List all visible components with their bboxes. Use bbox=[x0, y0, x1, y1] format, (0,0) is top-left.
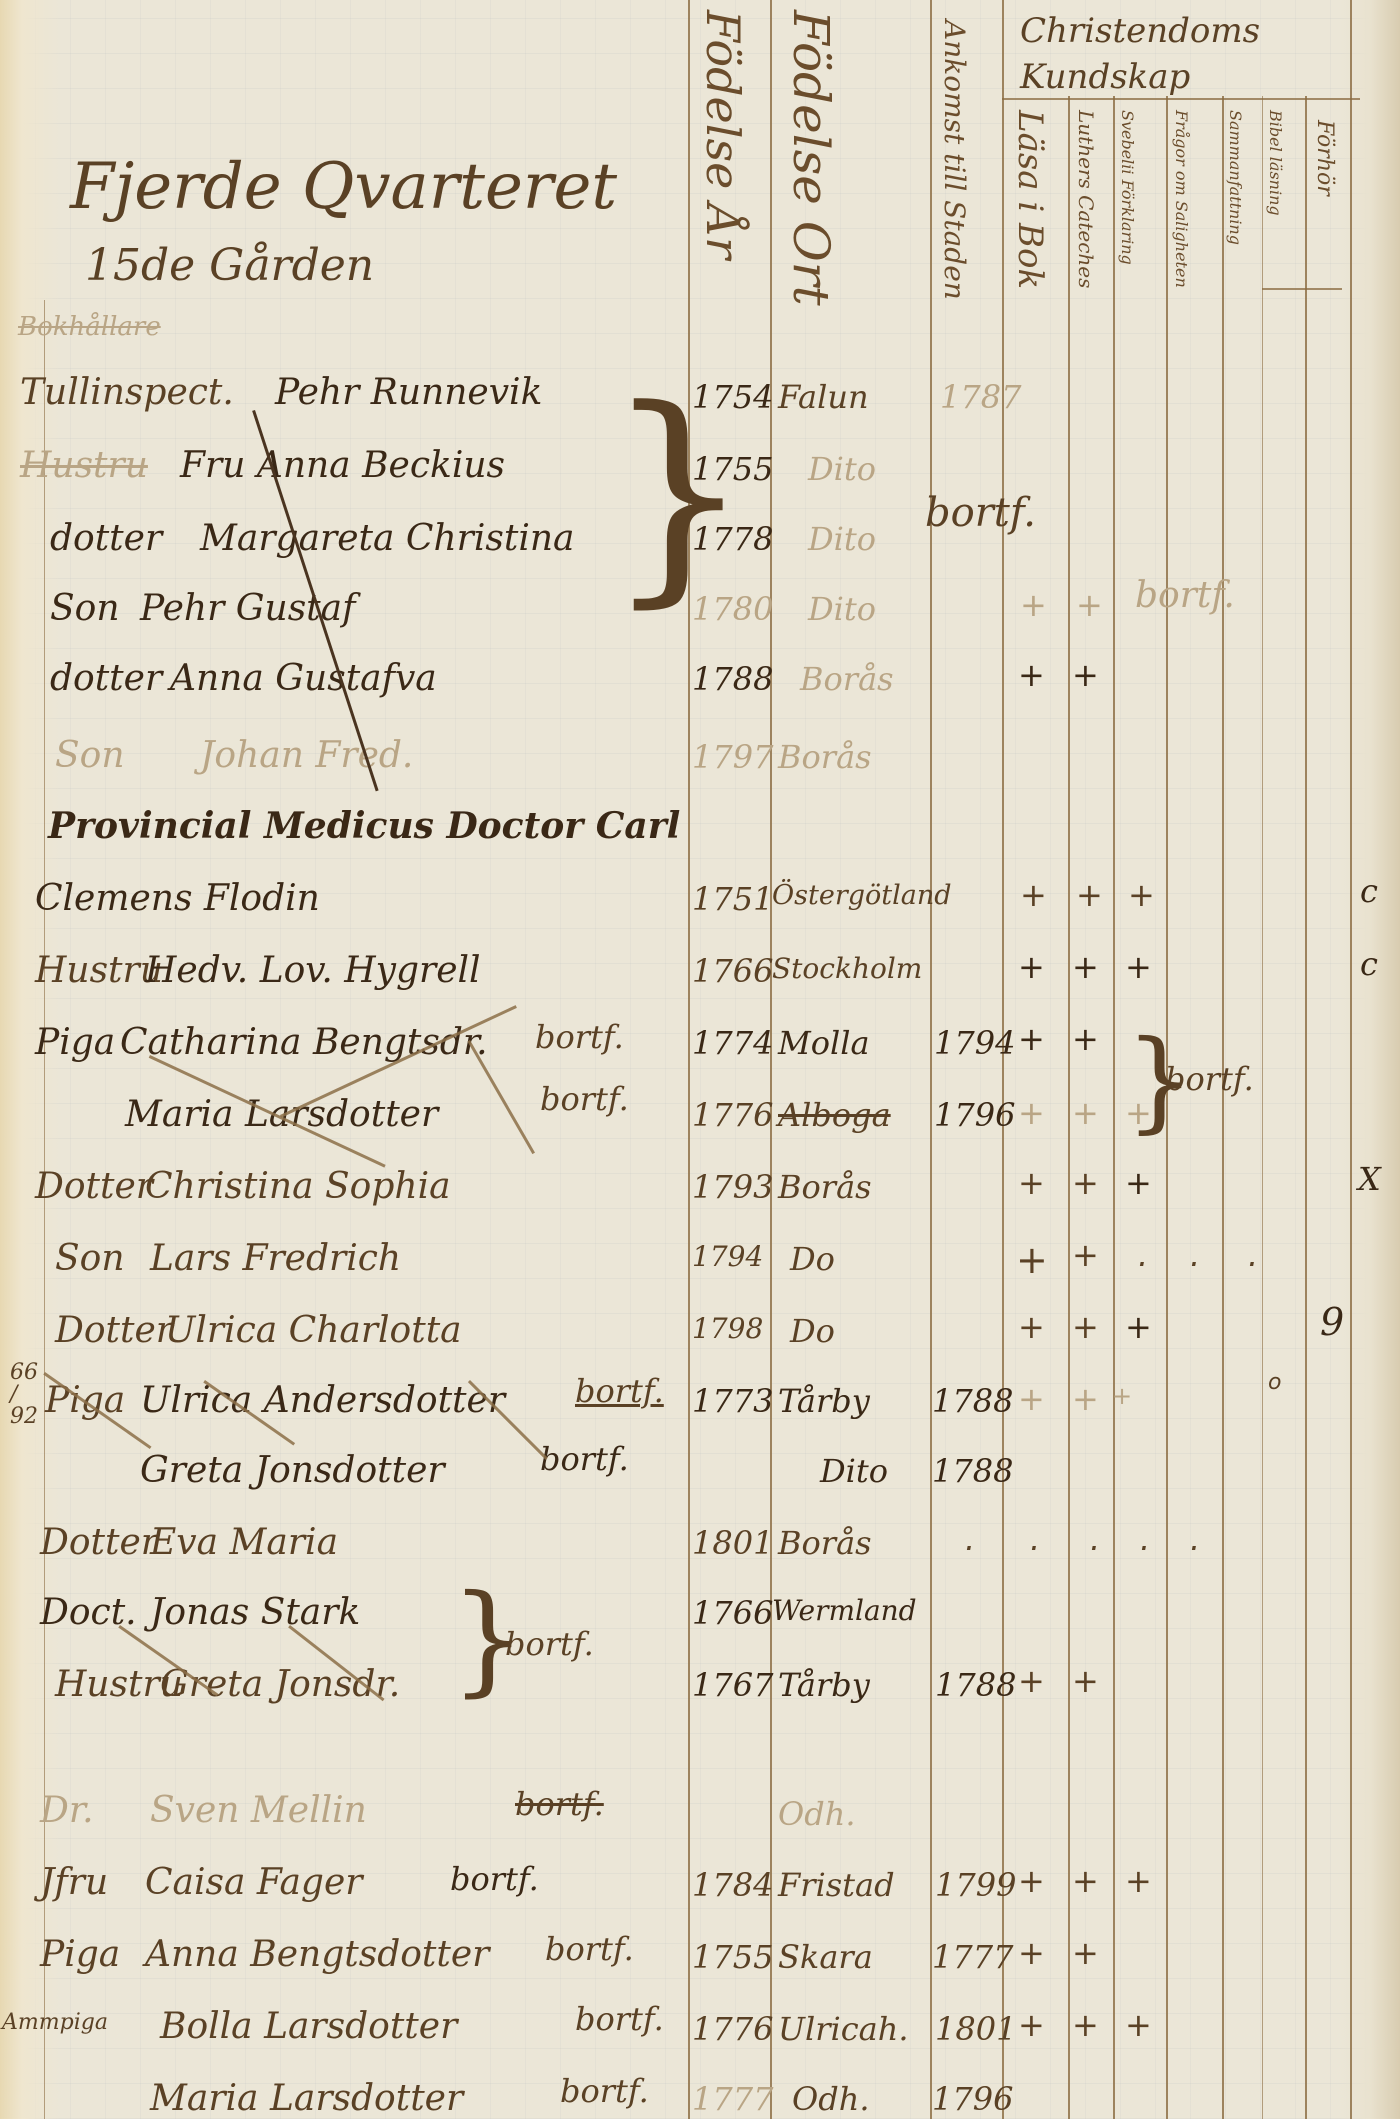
row-role: Dotter bbox=[40, 1522, 158, 1563]
row-birth-year: 1776 bbox=[692, 2010, 773, 2048]
row-birth-place: Odh. bbox=[778, 1795, 856, 1833]
mark-svebelius: . bbox=[1140, 1520, 1150, 1558]
row-note-departed: bortf. bbox=[540, 1080, 629, 1118]
row-role: Piga bbox=[40, 1934, 120, 1975]
row-birth-place: Fristad bbox=[778, 1866, 895, 1904]
row-name: Fru Anna Beckius bbox=[180, 445, 505, 486]
rule-sub-5 bbox=[1262, 96, 1263, 2119]
row-role: Ammpiga bbox=[2, 2010, 108, 2035]
row-birth-year: 1797 bbox=[692, 738, 773, 776]
margin-mark: X bbox=[1358, 1160, 1381, 1198]
row-note-departed: bortf. bbox=[575, 1372, 664, 1410]
row-role: dotter bbox=[50, 518, 162, 559]
mark-examination: 9 bbox=[1320, 1300, 1344, 1344]
row-role: Jfru bbox=[40, 1862, 108, 1903]
rule-sub-1 bbox=[1068, 96, 1070, 2119]
row-birth-place: Östergötland bbox=[772, 880, 952, 911]
mark-read-book: + bbox=[1018, 1934, 1045, 1972]
header-birth-place: Födelse Ort bbox=[782, 10, 840, 306]
mark-catechism: + bbox=[1072, 656, 1099, 694]
row-birth-place: Skara bbox=[778, 1938, 873, 1976]
row-birth-year: 1776 bbox=[692, 1096, 773, 1134]
row-birth-year: 1751 bbox=[692, 880, 773, 918]
mark-catechism: + bbox=[1076, 586, 1103, 624]
mark-catechism: + bbox=[1072, 1662, 1099, 1700]
household-1-brace: } bbox=[605, 380, 751, 610]
row-role: dotter bbox=[50, 658, 162, 699]
household-2-heading: Provincial Medicus Doctor Carl bbox=[48, 805, 680, 847]
mark-read-book: . bbox=[1030, 1520, 1040, 1558]
row-role: Hustru bbox=[20, 445, 148, 486]
row-arrival: 1788 bbox=[932, 1452, 1013, 1490]
rule-sub-4 bbox=[1222, 96, 1224, 2119]
row-birth-place: Tårby bbox=[778, 1382, 870, 1420]
row-birth-place: Borås bbox=[800, 660, 894, 698]
mark-svebelius: + bbox=[1125, 1164, 1152, 1202]
rule-sub-6 bbox=[1305, 96, 1307, 2119]
row-birth-place: Borås bbox=[778, 738, 872, 776]
mark-svebelius: + bbox=[1125, 1308, 1152, 1346]
row-birth-year: 1798 bbox=[692, 1312, 763, 1345]
header-sub-read-book: Läsa i Bok bbox=[1010, 110, 1050, 289]
mark-read-book: + bbox=[1018, 1380, 1045, 1418]
left-margin-note: 66 / 92 bbox=[10, 1362, 40, 1428]
row-note-departed: bortf. bbox=[925, 490, 1036, 536]
row-name: Anna Bengtsdotter bbox=[145, 1934, 489, 1975]
row-role: Dotter bbox=[35, 1166, 153, 1207]
rule-place-arrival bbox=[930, 0, 932, 2119]
row-birth-year: 1767 bbox=[692, 1666, 773, 1704]
mark-catechism: + bbox=[1072, 1308, 1099, 1346]
mark-read-book: + bbox=[1018, 1020, 1045, 1058]
rule-right-border bbox=[1350, 0, 1352, 2119]
section-label-crossed: Bokhållare bbox=[18, 312, 161, 342]
row-name: Greta Jonsdotter bbox=[140, 1450, 445, 1491]
header-sub-summary: Sammanfattning bbox=[1226, 110, 1245, 280]
mark-svebelius: + bbox=[1125, 948, 1152, 986]
mark-catechism: + bbox=[1072, 1094, 1099, 1132]
header-arrival: Ankomst till Staden bbox=[938, 20, 971, 290]
row-name: Caisa Fager bbox=[145, 1862, 362, 1903]
cancel-stroke bbox=[467, 1040, 535, 1154]
mark-catechism: + bbox=[1072, 1380, 1099, 1418]
row-role: Son bbox=[55, 735, 125, 776]
row-name: Eva Maria bbox=[150, 1522, 338, 1563]
header-sub-salvation-questions: Frågor om Saligheten bbox=[1172, 110, 1191, 280]
row-birth-year: 1774 bbox=[692, 1024, 773, 1062]
row-role: Dr. bbox=[40, 1790, 94, 1831]
mark-read-book: + bbox=[1016, 1238, 1048, 1282]
margin-mark: c bbox=[1360, 872, 1378, 910]
row-name: Johan Fred. bbox=[200, 735, 413, 776]
row-arrival: 1788 bbox=[932, 1382, 1013, 1420]
row-name: Sven Mellin bbox=[150, 1790, 367, 1831]
header-sub-examination: Förhör bbox=[1312, 120, 1337, 290]
header-birth-year: Födelse År bbox=[696, 10, 750, 259]
row-birth-place: Dito bbox=[808, 520, 876, 558]
row-birth-place: Ulricah. bbox=[778, 2010, 909, 2048]
row-role: Son bbox=[50, 588, 120, 629]
mark-read-book: + bbox=[1018, 948, 1045, 986]
row-birth-place: Borås bbox=[778, 1524, 872, 1562]
row-arrival: 1794 bbox=[934, 1024, 1015, 1062]
rule-sub-2 bbox=[1113, 96, 1115, 2119]
ledger-page: Fjerde Qvarteret 15de Gården Födelse År … bbox=[0, 0, 1400, 2119]
mark-summary: . bbox=[1248, 1236, 1258, 1274]
row-name: Margareta Christina bbox=[200, 518, 574, 559]
row-note-departed: bortf. bbox=[515, 1785, 604, 1823]
page-title-quarter: Fjerde Qvarteret bbox=[70, 150, 617, 224]
mark-catechism: + bbox=[1072, 948, 1099, 986]
row-arrival: 1777 bbox=[932, 1938, 1013, 1976]
row-birth-place: Odh. bbox=[792, 2080, 870, 2118]
mark-arrival-dot: . bbox=[965, 1520, 975, 1558]
left-margin-rule bbox=[44, 300, 45, 2119]
row-name: Maria Larsdotter bbox=[150, 2078, 463, 2119]
mark-catechism: + bbox=[1076, 876, 1103, 914]
mark-svebelius: + bbox=[1125, 2006, 1152, 2044]
rule-name-year bbox=[688, 0, 690, 2119]
row-birth-year: 1801 bbox=[692, 1524, 773, 1562]
row-name: Ulrica Andersdotter bbox=[140, 1380, 505, 1421]
row-birth-place: Falun bbox=[778, 378, 869, 416]
mark-questions: . bbox=[1190, 1236, 1200, 1274]
mark-svebelius: + bbox=[1125, 1862, 1152, 1900]
row-role: Piga bbox=[35, 1022, 115, 1063]
row-name: Pehr Runnevik bbox=[275, 372, 542, 413]
row-note-departed: bortf. bbox=[545, 1930, 634, 1968]
row-birth-year: 1793 bbox=[692, 1168, 773, 1206]
mark-catechism: + bbox=[1072, 1164, 1099, 1202]
header-christian-knowledge: Christendoms Kundskap bbox=[1020, 8, 1340, 100]
row-name: Anna Gustafva bbox=[170, 658, 437, 699]
header-sub-svebelius: Svebelii Förklaring bbox=[1118, 110, 1137, 280]
row-note-departed: bortf. bbox=[535, 1018, 624, 1056]
row-birth-place: Wermland bbox=[772, 1594, 917, 1627]
row-birth-place: Do bbox=[790, 1240, 835, 1278]
row-note-departed: bortf. bbox=[450, 1860, 539, 1898]
brace-note-departed: bortf. bbox=[505, 1625, 594, 1663]
row-birth-year: 1766 bbox=[692, 952, 773, 990]
row-birth-place: Dito bbox=[808, 590, 876, 628]
mark-catechism: + bbox=[1072, 1934, 1099, 1972]
brace-note-departed: bortf. bbox=[1165, 1060, 1254, 1098]
mark-read-book: + bbox=[1018, 1662, 1045, 1700]
row-note-departed: bortf. bbox=[540, 1440, 629, 1478]
row-name: Lars Fredrich bbox=[150, 1238, 401, 1279]
row-role: Dotter bbox=[55, 1310, 173, 1351]
mark-read-book: + bbox=[1018, 1862, 1045, 1900]
mark-read-book: + bbox=[1018, 2006, 1045, 2044]
row-arrival: 1796 bbox=[934, 1096, 1015, 1134]
header-sub-bible-reading: Bibel läsning bbox=[1266, 110, 1285, 280]
mark-read-book: + bbox=[1018, 1164, 1045, 1202]
mark-svebelius: + bbox=[1128, 876, 1155, 914]
row-birth-place: Do bbox=[790, 1312, 835, 1350]
header-sub-luther-catechism: Luthers Cateches bbox=[1074, 110, 1098, 300]
mark-catechism: + bbox=[1072, 1862, 1099, 1900]
page-title-farm: 15de Gården bbox=[85, 240, 374, 291]
row-role: Tullinspect. bbox=[20, 372, 234, 413]
row-name: Jonas Stark bbox=[150, 1592, 360, 1633]
mark-read-book: + bbox=[1020, 586, 1047, 624]
row-birth-year: 1773 bbox=[692, 1382, 773, 1420]
row-arrival: 1787 bbox=[940, 378, 1021, 416]
margin-mark: c bbox=[1360, 945, 1378, 983]
mark-catechism: + bbox=[1072, 2006, 1099, 2044]
row-birth-place: Alboga bbox=[778, 1096, 891, 1134]
row-note-departed: bortf. bbox=[560, 2072, 649, 2110]
mark-catechism: + bbox=[1072, 1236, 1099, 1274]
row-birth-year: 1755 bbox=[692, 1938, 773, 1976]
row-birth-place: Dito bbox=[808, 450, 876, 488]
mark-svebelius: + bbox=[1112, 1382, 1132, 1410]
row-birth-year: 1788 bbox=[692, 660, 773, 698]
row-birth-place: Stockholm bbox=[772, 952, 922, 985]
mark-read-book: + bbox=[1018, 1094, 1045, 1132]
row-birth-place: Molla bbox=[778, 1024, 870, 1062]
row-arrival: 1796 bbox=[932, 2080, 1013, 2118]
mark-read-book: + bbox=[1018, 1308, 1045, 1346]
row-arrival: 1799 bbox=[935, 1866, 1016, 1904]
row-arrival: 1788 bbox=[935, 1666, 1016, 1704]
row-birth-year: 1777 bbox=[692, 2080, 773, 2118]
mark-read-book: + bbox=[1020, 876, 1047, 914]
mark-catechism: . bbox=[1090, 1520, 1100, 1558]
row-name: Ulrica Charlotta bbox=[165, 1310, 462, 1351]
row-birth-year: 1784 bbox=[692, 1866, 773, 1904]
row-birth-place: Borås bbox=[778, 1168, 872, 1206]
row-note-departed: bortf. bbox=[575, 2000, 664, 2038]
row-name: Hedv. Lov. Hygrell bbox=[145, 950, 481, 991]
mark-catechism: + bbox=[1072, 1020, 1099, 1058]
row-birth-year: 1794 bbox=[692, 1240, 763, 1273]
row-arrival: 1801 bbox=[935, 2010, 1016, 2048]
mark-svebelius: . bbox=[1138, 1236, 1148, 1274]
row-role: Son bbox=[55, 1238, 125, 1279]
row-name: Bolla Larsdotter bbox=[160, 2006, 457, 2047]
mark-read-book: + bbox=[1018, 656, 1045, 694]
row-birth-place: Dito bbox=[820, 1452, 888, 1490]
row-note-departed: bortf. bbox=[1135, 575, 1235, 616]
mark-questions: . bbox=[1190, 1520, 1200, 1558]
row-role: Hustru bbox=[35, 950, 163, 991]
row-name: Christina Sophia bbox=[145, 1166, 451, 1207]
mark-bible: o bbox=[1268, 1370, 1281, 1395]
row-birth-place: Tårby bbox=[778, 1666, 870, 1704]
row-birth-year: 1766 bbox=[692, 1594, 773, 1632]
row-name: Clemens Flodin bbox=[35, 878, 320, 919]
